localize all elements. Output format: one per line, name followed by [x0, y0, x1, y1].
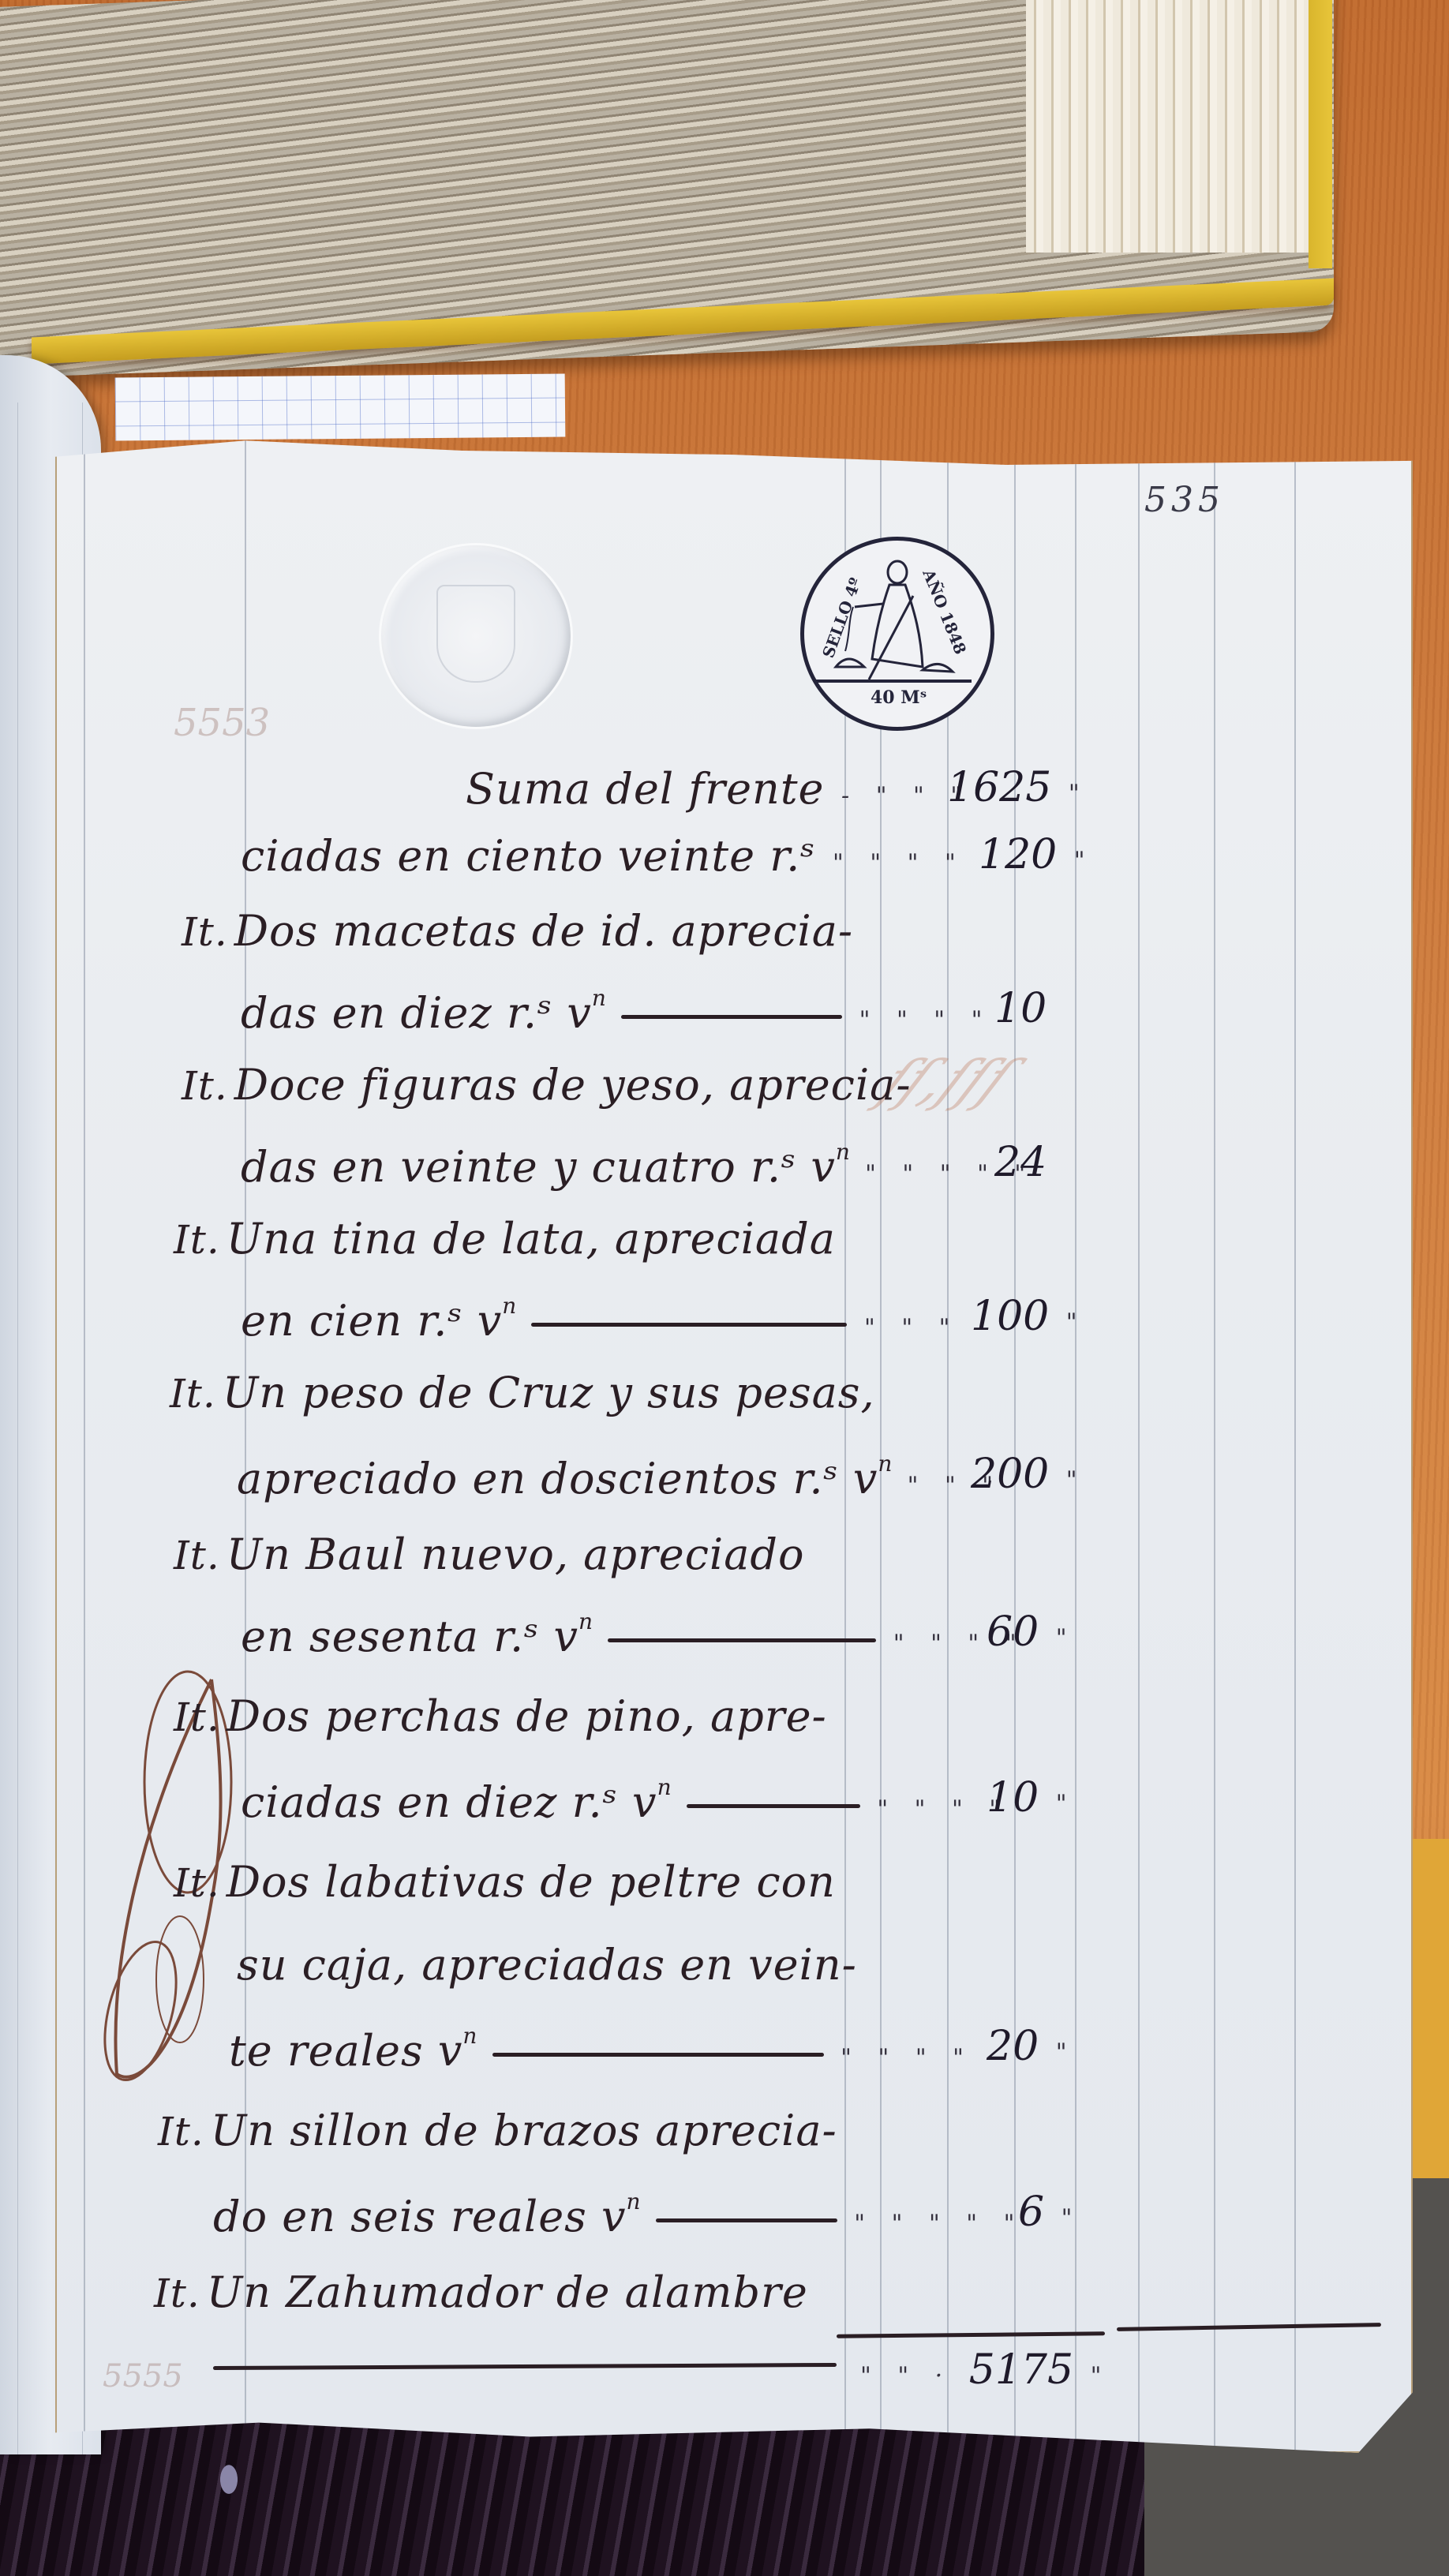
entry-line: It.Un peso de Cruz y sus pesas,	[170, 1368, 875, 1417]
carry-forward-amount: 1625 "	[947, 764, 1089, 811]
entry-line: das en diez r.ˢ vn " " " "	[241, 985, 991, 1038]
ruled-column	[1294, 432, 1296, 2453]
svg-text:AÑO 1848: AÑO 1848	[919, 566, 970, 657]
embossed-seal	[379, 543, 573, 729]
entry-line: su caja, apreciadas en vein-	[237, 1940, 857, 1990]
yellow-book-edge	[1413, 1839, 1449, 2178]
entry-line: ciadas en diez r.ˢ vn " " " "	[241, 1774, 1009, 1827]
allegorical-figure-icon: SELLO 4º AÑO 1848 40 Mˢ	[804, 541, 983, 719]
bleed-through-number: 5555	[103, 2358, 183, 2394]
entry-line: ciadas en ciento veinte r.ˢ " " " "	[241, 831, 965, 881]
tax-stamp: SELLO 4º AÑO 1848 40 Mˢ	[800, 537, 994, 731]
ruled-column	[947, 432, 949, 2453]
ruled-column	[1014, 432, 1016, 2453]
entry-line: It.Un Zahumador de alambre	[154, 2267, 808, 2317]
ruled-column	[880, 432, 882, 2453]
entry-line: do en seis reales vn " " " " "	[213, 2188, 1024, 2241]
entry-amount: 60 "	[987, 1608, 1076, 1656]
entry-amount: 200 "	[971, 1451, 1087, 1498]
total-rule	[837, 2331, 1105, 2338]
bleed-through-number: 5553	[174, 701, 270, 745]
entry-amount: 24	[994, 1139, 1046, 1186]
patterned-fabric	[0, 2415, 1144, 2576]
entry-line: It.Una tina de lata, apreciada	[174, 1214, 836, 1264]
entry-line: te reales vn " " " "	[229, 2023, 973, 2076]
yellow-binding-side	[1309, 0, 1332, 268]
entry-line: en cien r.ˢ vn " " "	[241, 1293, 959, 1346]
ruled-column	[1214, 432, 1215, 2453]
closing-rule	[213, 2363, 837, 2370]
folio-stack-page-edges	[1026, 0, 1326, 253]
folio-number: 535	[1144, 480, 1225, 520]
ruled-column	[84, 432, 85, 2453]
ledger-page: SELLO 4º AÑO 1848 40 Mˢ 535 5553 ſſ,ſſſ …	[55, 432, 1413, 2453]
entry-amount: 10	[994, 985, 1046, 1032]
entry-amount: 6 "	[1018, 2188, 1081, 2236]
svg-text:SELLO 4º: SELLO 4º	[818, 575, 865, 661]
entry-line: It.Dos perchas de pino, apre-	[174, 1691, 827, 1741]
total-rule	[1117, 2323, 1381, 2331]
entry-line: It.Un sillon de brazos aprecia-	[158, 2106, 837, 2155]
entry-amount: 20 "	[987, 2023, 1076, 2070]
running-total: " " · 5175 "	[860, 2346, 1110, 2394]
entry-amount: 100 "	[971, 1293, 1087, 1340]
svg-text:40 Mˢ: 40 Mˢ	[871, 687, 927, 708]
carry-forward-label: Suma del frente - " " "	[466, 764, 971, 814]
entry-amount: 120 "	[979, 831, 1095, 878]
entry-amount: 10 "	[987, 1774, 1076, 1822]
entry-line: It.Un Baul nuevo, apreciado	[174, 1529, 804, 1579]
ruled-column	[844, 432, 846, 2453]
entry-line: It.Dos labativas de peltre con	[174, 1857, 836, 1907]
ruled-column	[1138, 432, 1140, 2453]
entry-line: das en veinte y cuatro r.ˢ vn " " " " "	[241, 1139, 1035, 1192]
entry-line: apreciado en doscientos r.ˢ vn " " "	[237, 1451, 1002, 1503]
ruled-line	[17, 402, 18, 2454]
graph-paper-bookmark	[115, 374, 566, 441]
entry-line: en sesenta r.ˢ vn " " " "	[241, 1608, 1026, 1661]
entry-line: It.Dos macetas de id. aprecia-	[182, 906, 853, 956]
ruled-column	[1075, 432, 1076, 2453]
entry-line: It.Doce figuras de yeso, aprecia-	[182, 1060, 912, 1110]
